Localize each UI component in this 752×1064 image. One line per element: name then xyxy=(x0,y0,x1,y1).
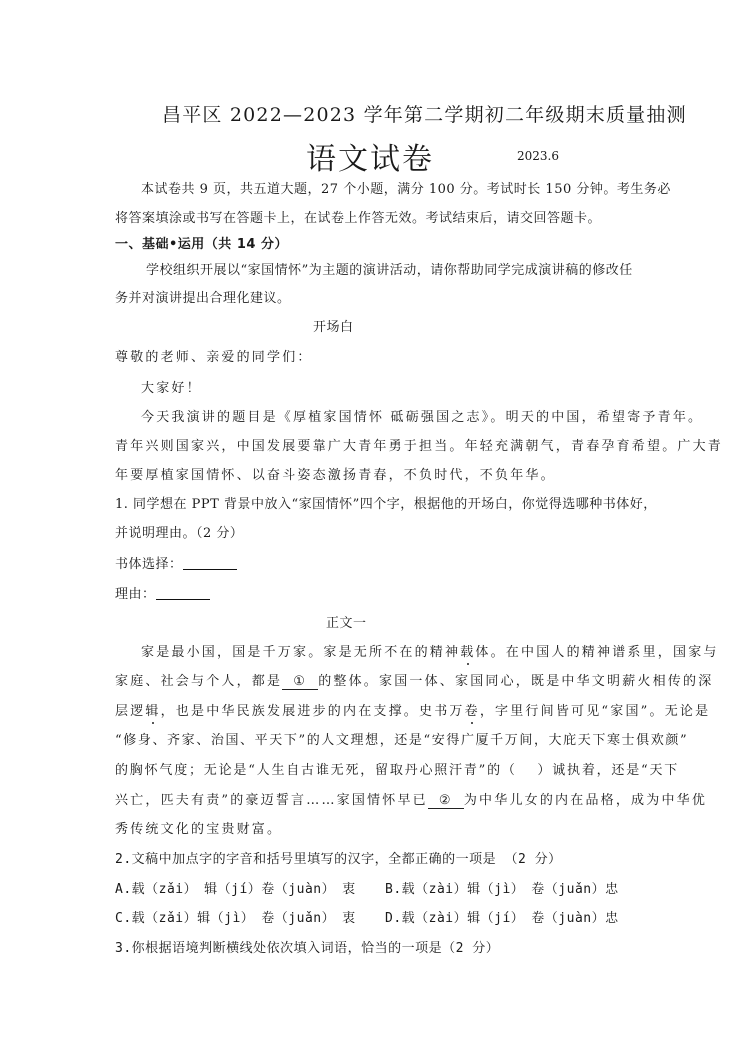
question-2-option-a[interactable]: A.载（zǎi） 辑（jí）卷（juàn） 衷 xyxy=(115,878,356,897)
body-one-title: 正文一 xyxy=(326,612,367,631)
font-choice-label: 书体选择： xyxy=(115,557,183,572)
reason-label: 理由： xyxy=(115,587,156,602)
body-one-line-1: 家是最小国，国是千万家。家是无所不在的精神载体。在中国人的精神谱系里，国家与 xyxy=(141,641,719,660)
instructions-line-2: 将答案填涂或书写在答题卡上，在试卷上作答无效。考试结束后，请交回答题卡。 xyxy=(115,207,601,226)
exam-date: 2023.6 xyxy=(517,149,559,163)
reason-answer-blank[interactable] xyxy=(156,599,210,600)
fill-blank-2: ② xyxy=(428,793,464,809)
exam-page: 昌平区 2022—2023 学年第二学期初二年级期末质量抽测 语文试卷 2023… xyxy=(0,0,752,1064)
instructions-line-1: 本试卷共 9 页，共五道大题，27 个小题，满分 100 分。考试时长 150 … xyxy=(141,178,671,197)
text-span: 家庭、社会与个人，都是 xyxy=(115,674,282,689)
reason-row: 理由： xyxy=(115,583,210,602)
exam-district-title: 昌平区 2022—2023 学年第二学期初二年级期末质量抽测 xyxy=(162,100,687,127)
fill-blank-1: ① xyxy=(282,674,318,690)
emphasis-dot-char: 辑 xyxy=(145,704,160,719)
exam-subject-title: 语文试卷 xyxy=(306,134,434,178)
opening-paragraph-line-1: 今天我演讲的题目是《厚植家国情怀 砥砺强国之志》。明天的中国，希望寄予青年。 xyxy=(141,406,703,425)
opening-title: 开场白 xyxy=(313,316,354,335)
body-one-line-6: 兴亡，匹夫有责”的豪迈誓言……家国情怀早已②为中华儿女的内在品格，成为中华优 xyxy=(115,789,707,809)
question-2-option-b[interactable]: B.载（zài）辑（jì） 卷（juǎn）忠 xyxy=(385,878,619,897)
opening-paragraph-line-3: 年要厚植家国情怀、以奋斗姿态激扬青春，不负时代，不负年华。 xyxy=(115,464,556,483)
opening-salutation: 尊敬的老师、亲爱的同学们： xyxy=(115,346,313,365)
opening-greeting: 大家好！ xyxy=(141,377,202,396)
font-choice-answer-blank[interactable] xyxy=(183,569,237,570)
emphasis-dot-char: 卷 xyxy=(465,704,480,719)
text-span: 层逻 xyxy=(115,704,145,719)
text-span: ，也是中华民族发展进步的内在支撑。史书万 xyxy=(161,704,465,719)
body-one-line-7: 秀传统文化的宝贵财富。 xyxy=(115,818,282,837)
text-span: ，字里行间皆可见“家国”。无论是 xyxy=(480,704,711,719)
section-intro-line-2: 务并对演讲提出合理化建议。 xyxy=(115,287,291,306)
question-2-option-d[interactable]: D.载（zài）辑（jí） 卷（juàn）忠 xyxy=(385,907,619,926)
opening-paragraph-line-2: 青年兴则国家兴，中国发展要靠广大青年勇于担当。年轻充满朝气，青春孕育希望。广大青 xyxy=(115,435,723,454)
question-2-option-c[interactable]: C.载（zǎi）辑（jì） 卷（juǎn） 衷 xyxy=(115,907,356,926)
section-heading: 一、基础•运用（共 14 分） xyxy=(115,233,288,252)
body-one-line-3: 层逻辑，也是中华民族发展进步的内在支撑。史书万卷，字里行间皆可见“家国”。无论是 xyxy=(115,700,710,719)
body-one-line-4: “修身、齐家、治国、平天下”的人文理想，还是“安得广厦千万间，大庇天下寒士俱欢颜… xyxy=(115,729,688,748)
body-one-line-5: 的胸怀气度；无论是“人生自古谁无死，留取丹心照汗青”的（ ）诚执着，还是“天下 xyxy=(115,759,679,778)
text-span: 的整体。家国一体、家国同心，既是中华文明薪火相传的深 xyxy=(318,674,713,689)
text-span: 兴亡，匹夫有责”的豪迈誓言……家国情怀早已 xyxy=(115,793,428,808)
text-span: 体。在中国人的精神谱系里，国家与 xyxy=(475,645,718,660)
question-1-line-2: 并说明理由。（2 分） xyxy=(115,522,243,541)
question-1-line-1: 1. 同学想在 PPT 背景中放入“家国情怀”四个字，根据他的开场白，你觉得选哪… xyxy=(115,493,657,512)
body-one-line-2: 家庭、社会与个人，都是①的整体。家国一体、家国同心，既是中华文明薪火相传的深 xyxy=(115,670,713,690)
text-span: 家是最小国，国是千万家。家是无所不在的精神 xyxy=(141,645,460,660)
question-3-stem: 3.你根据语境判断横线处依次填入词语，恰当的一项是（2 分） xyxy=(115,937,499,956)
font-choice-row: 书体选择： xyxy=(115,553,237,572)
text-span: 为中华儿女的内在品格，成为中华优 xyxy=(464,793,707,808)
section-intro-line-1: 学校组织开展以“家国情怀”为主题的演讲活动，请你帮助同学完成演讲稿的修改任 xyxy=(146,259,633,278)
question-2-stem: 2.文稿中加点字的字音和括号里填写的汉字，全都正确的一项是 （2 分） xyxy=(115,848,562,867)
emphasis-dot-char: 载 xyxy=(460,645,475,660)
